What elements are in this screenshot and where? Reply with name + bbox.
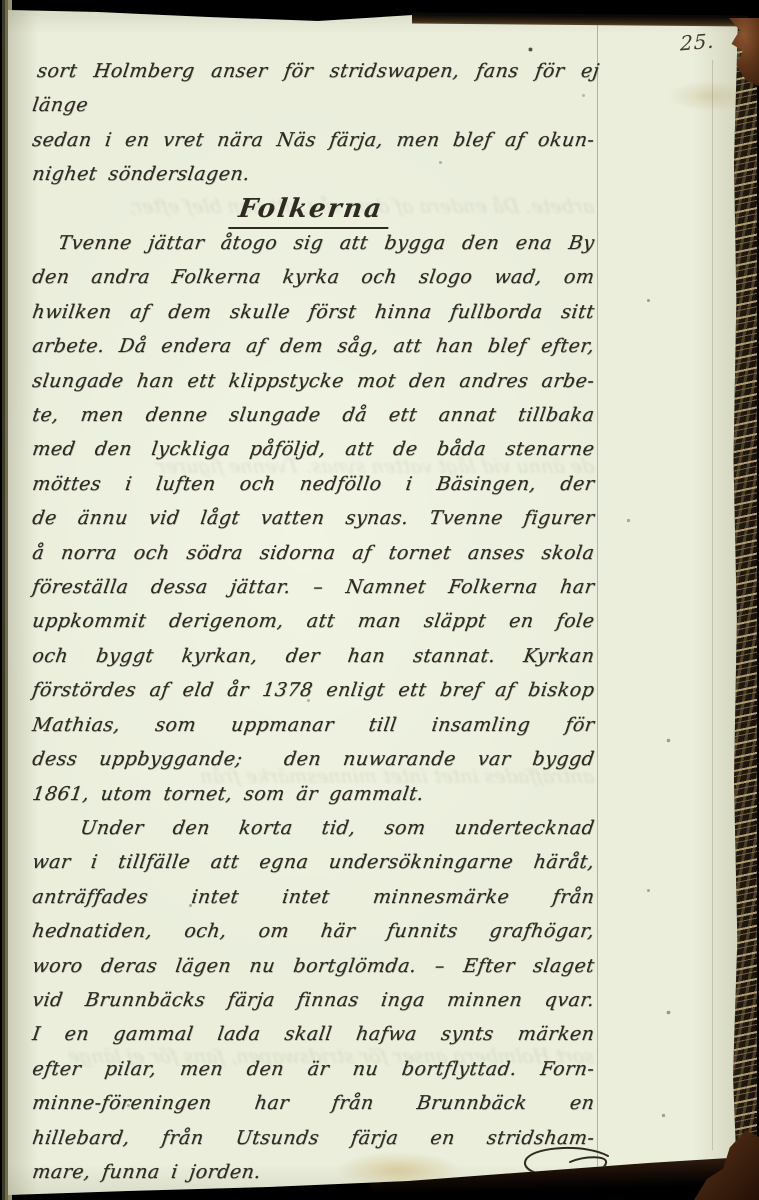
manuscript-line: uppkommit derigenom, att man släppt en f… (30, 604, 597, 638)
manuscript-line: den andra Folkerna kyrka och slogo wad, … (30, 260, 597, 294)
section-heading-text: Folkerna (228, 192, 394, 229)
manuscript-line: sedan i en vret nära Näs färja, men blef… (30, 123, 597, 157)
manuscript-line: vid Brunnbäcks färja finnas inga minnen … (30, 983, 597, 1017)
manuscript-line: hillebard, från Utsunds färja en stridsh… (30, 1121, 597, 1155)
manuscript-line: med den lyckliga påföljd, att de båda st… (30, 432, 597, 466)
manuscript-line: 1861, utom tornet, som är gammalt. (30, 777, 597, 811)
ruled-margin-line (597, 22, 598, 1184)
manuscript-line: och byggt kyrkan, der han stannat. Kyrka… (30, 639, 597, 673)
manuscript-line: efter pilar, men den är nu bortflyttad. … (30, 1052, 597, 1086)
manuscript-line: de ännu vid lågt vatten synas. Tvenne fi… (30, 501, 597, 535)
page-number: 25. (680, 28, 715, 55)
manuscript-line: Mathias, som uppmanar till insamling för (30, 708, 597, 742)
marbled-fore-edge (733, 26, 757, 1168)
manuscript-line: I en gammal lada skall hafwa synts märke… (30, 1017, 597, 1051)
manuscript-line: arbete. Då endera af dem såg, att han bl… (30, 329, 597, 363)
manuscript-page: arbete. Då endera af dem såg, att han bl… (8, 0, 748, 1200)
section-heading: Folkerna (28, 192, 595, 226)
manuscript-line: dess uppbyggande; den nuwarande var bygg… (30, 742, 597, 776)
manuscript-line: woro deras lägen nu bortglömda. – Efter … (30, 949, 597, 983)
manuscript-line: hwilken af dem skulle först hinna fullbo… (30, 295, 597, 329)
handwritten-text-block: sort Holmberg anser för stridswapen, fan… (30, 54, 592, 1189)
manuscript-line: slungade han ett klippstycke mot den and… (30, 364, 597, 398)
manuscript-line: Under den korta tid, som undertecknad (30, 811, 597, 845)
manuscript-line: nighet sönderslagen. (30, 157, 597, 191)
manuscript-line: minne-föreningen har från Brunnbäck en (30, 1086, 597, 1120)
manuscript-line: föreställa dessa jättar. – Namnet Folker… (30, 570, 597, 604)
manuscript-line: möttes i luften och nedföllo i Bäsingen,… (30, 467, 597, 501)
manuscript-line: å norra och södra sidorna af tornet anse… (30, 536, 597, 570)
manuscript-line: hednatiden, och, om här funnits grafhöga… (30, 914, 597, 948)
manuscript-line: te, men denne slungade då ett annat till… (30, 398, 597, 432)
underlying-page-edge-line (712, 60, 713, 1150)
manuscript-line: anträffades intet intet minnesmärke från (30, 880, 597, 914)
manuscript-line: sort Holmberg anser för stridswapen, fan… (30, 54, 602, 123)
manuscript-line: war i tillfälle att egna undersökningarn… (30, 845, 597, 879)
manuscript-line: förstördes af eld år 1378 enligt ett bre… (30, 673, 597, 707)
manuscript-line: Tvenne jättar åtogo sig att bygga den en… (30, 226, 597, 260)
